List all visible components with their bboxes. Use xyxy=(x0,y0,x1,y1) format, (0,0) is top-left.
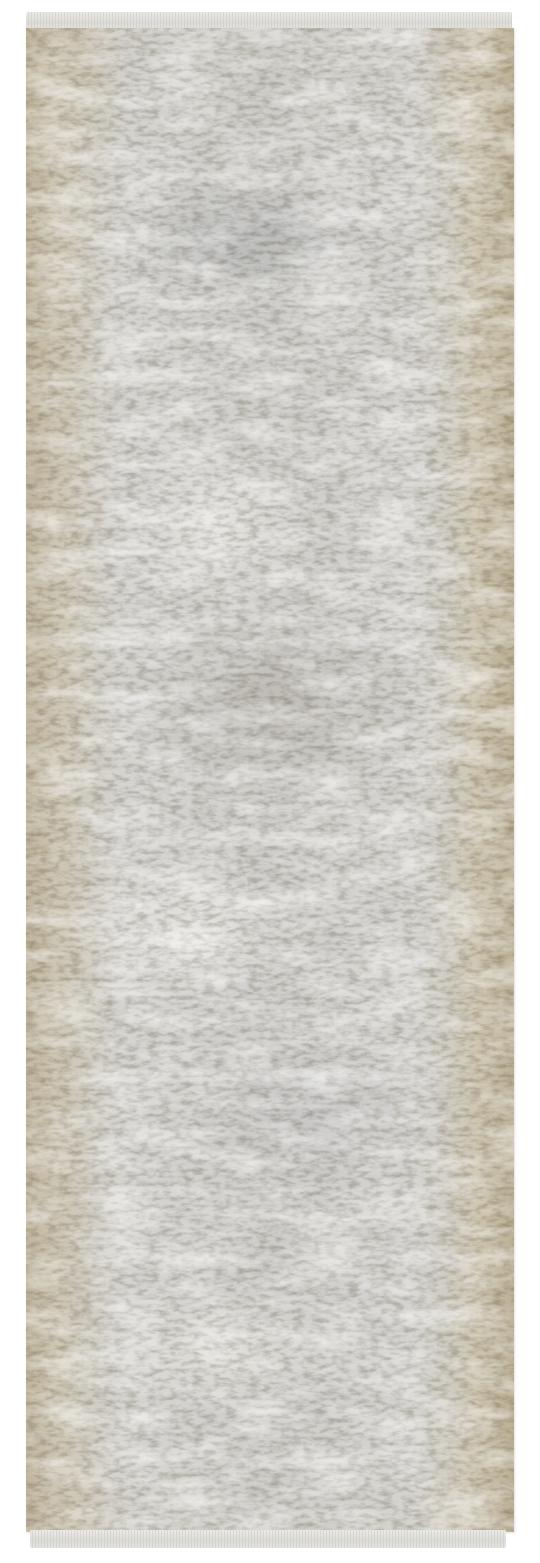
ivory-highlight-texture xyxy=(26,28,514,1532)
product-photo xyxy=(0,0,540,1563)
bottom-fringe xyxy=(30,1530,506,1548)
runner-rug xyxy=(26,28,514,1532)
